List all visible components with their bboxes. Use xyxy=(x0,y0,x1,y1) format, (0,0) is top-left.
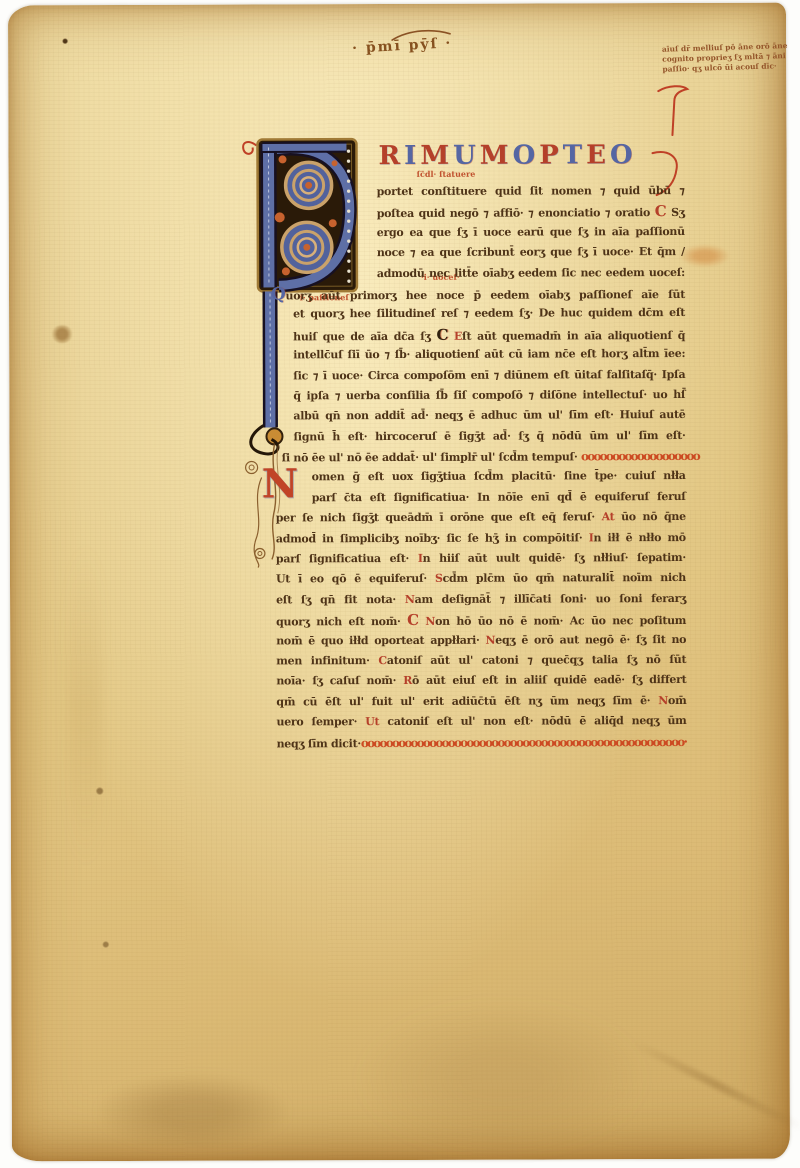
text-line-1: portet conſtituere quid ſit nomen ⁊ quid… xyxy=(267,181,685,203)
text-segment: ſt aūt quemadm̄ in aīa aliquotienſ q̄ xyxy=(462,329,685,343)
text-segment: · xyxy=(683,735,687,750)
text-line-16: parſ c̄ta eſt ſignificatiua· In nōīe e… xyxy=(268,487,686,509)
fold-crease xyxy=(630,1038,800,1131)
text-segment: At xyxy=(602,510,615,523)
pilcrow-mark: C xyxy=(407,611,419,629)
text-segment: ſic ⁊ ī uoce· Circa compoſōm enī ⁊ di… xyxy=(293,368,685,382)
text-segment: quorʒ nich eſt nom̄· xyxy=(276,615,407,628)
text-segment: S xyxy=(435,572,443,585)
text-line-20: Ut ī eo qō ē equiferuſ· Scd̄m plc̄m u… xyxy=(268,568,686,590)
text-segment: Ut xyxy=(365,715,379,728)
text-line-25: noīa· ſʒ caſuſ nom̄· Rō aūt eiuſ eſt … xyxy=(268,670,686,692)
text-line-11: q̄ ipſa ⁊ uerba conſilia ſb̄ ſiſ compoſo… xyxy=(267,385,685,407)
text-segment: Q xyxy=(271,284,286,304)
text-line-21: eſt ſʒ qn̄ fit nota· Nam deſignāt̄ ⁊ il… xyxy=(268,589,686,611)
stain-speck xyxy=(62,38,68,44)
text-line-6: Quorʒ aūt primorʒ hee noce p̄ eedem oī… xyxy=(267,283,685,305)
text-segment: n iłł ē nłło mō xyxy=(594,531,686,544)
display-letter: M xyxy=(420,141,449,171)
text-segment: qm̄ cū ēſt ul' fuit ul' erit adiūc̄tu… xyxy=(276,694,658,708)
display-letter: M xyxy=(480,141,509,171)
text-line-17: per ſe nich ſigʒ̄t queādm̄ ī orōne qu… xyxy=(268,507,686,529)
text-segment: uero ſemper· xyxy=(276,715,365,728)
stain-streak xyxy=(68,545,103,865)
text-segment: poſtea quid negō ⁊ affiō· ⁊ enonciatio… xyxy=(377,206,655,220)
text-line-27: uero ſemper· Ut catoniſ eſt ul' non eſt·… xyxy=(268,711,686,733)
text-line-2: poſtea quid negō ⁊ affiō· ⁊ enonciatio… xyxy=(267,201,685,223)
display-letter: E xyxy=(586,140,606,170)
text-line-12: albū qn̄ non addit̄ ad̄· neqʒ ē adhuc … xyxy=(267,405,685,427)
text-line-22: quorʒ nich eſt nom̄· C Non hō ūo nō e… xyxy=(268,609,686,631)
text-segment: R xyxy=(403,674,412,687)
text-segment: admodū nec litt̄e oīabʒ eedem ſic nec … xyxy=(377,266,685,280)
text-segment: ūo nō q̄ne xyxy=(614,510,685,523)
text-segment: ō aūt eiuſ eſt in aliiſ quidē eadē· … xyxy=(412,673,686,687)
text-segment: N xyxy=(486,633,496,646)
text-segment: cd̄m plc̄m ūo qm̄ naturalit̄ noīm nich xyxy=(443,571,686,585)
marginal-note: aīuſ dr̄ melliuſ pō āne orō āne cog… xyxy=(662,41,793,75)
text-line-15: omen ḡ eſt uox ſigʒ̄tiua ſcd̄m placitū… xyxy=(268,466,686,488)
display-letter: O xyxy=(610,140,633,170)
display-letter: O xyxy=(512,141,535,171)
text-block: portet conſtituere quid ſit nomen ⁊ quid… xyxy=(267,181,687,753)
text-line-13: ſignū h̄ eſt· hircoceruſ ē ſigʒ̄t ad̄·… xyxy=(267,426,685,448)
text-segment: E xyxy=(454,330,462,343)
text-segment: omen ḡ eſt uox ſigʒ̄tiua ſcd̄m placitū… xyxy=(312,469,686,483)
text-segment: albū qn̄ non addit̄ ad̄· neqʒ ē adhuc … xyxy=(293,408,685,422)
text-segment: parſ ſignificatiua eſt· xyxy=(276,552,418,565)
text-segment: noce ⁊ ea que ſcribunt̄ eorʒ que ſʒ ī u… xyxy=(377,245,685,259)
text-segment: men infinitum· xyxy=(276,654,378,667)
stain-spot xyxy=(51,325,73,343)
stain-speck xyxy=(96,787,104,795)
text-segment: Sʒ xyxy=(666,206,684,219)
text-line-3: ergo ea que ſʒ ī uoce earū que ſʒ in a… xyxy=(267,222,685,244)
text-segment: N xyxy=(425,615,435,628)
stain-patch xyxy=(98,1074,288,1149)
title-swash-flourish xyxy=(390,26,454,44)
text-segment: nom̄ ē quo iłłd oporteat appłłari· xyxy=(276,633,485,647)
text-line-5: admodū nec litt̄e oīabʒ eedem ſic nec … xyxy=(267,263,685,285)
text-segment: om̄ xyxy=(668,694,686,707)
text-line-24: men infinitum· Catoniſ aūt ul' catoni ⁊… xyxy=(268,650,686,672)
interlinear-gloss: ſc̄dl· ſtatuere xyxy=(417,169,476,179)
text-line-4: noce ⁊ ea que ſcribunt̄ eorʒ que ſʒ ī u… xyxy=(267,242,685,264)
text-segment: eqʒ ē orō aut negō ē· ſʒ ſit no xyxy=(495,633,686,647)
text-line-7: et quorʒ hee ſilitudineſ reſ ⁊ eedem ſʒ·… xyxy=(267,303,685,325)
text-segment: ergo ea que ſʒ ī uoce earū que ſʒ in a… xyxy=(377,225,685,239)
text-segment: catoniſ eſt ul' non eſt· nōdū ē aliq̄… xyxy=(379,714,686,728)
text-segment: ſignū h̄ eſt· hircoceruſ ē ſigʒ̄t ad̄·… xyxy=(293,429,685,443)
text-line-26: qm̄ cū ēſt ul' fuit ul' erit adiūc̄tu… xyxy=(268,691,686,713)
parchment-page: · p̄mī pȳſ · aīuſ dr̄ melliuſ pō ān… xyxy=(8,3,790,1162)
text-segment: C xyxy=(378,654,387,667)
display-letter: U xyxy=(453,141,476,171)
text-segment: admod̄ in ſimplicibʒ noībʒ· ſic ſe hʒ̄ … xyxy=(276,531,589,545)
text-segment: huiſ que de aīa dc̄a ſʒ xyxy=(293,330,436,344)
text-segment: intellc̄uſ ſiī ūo ⁊ ſb̄· aliquotienſ a… xyxy=(293,347,685,361)
text-segment: parſ c̄ta eſt ſignificatiua· In nōīe e… xyxy=(312,490,686,504)
text-segment: q̄ ipſa ⁊ uerba conſilia ſb̄ ſiſ compoſo… xyxy=(293,388,685,402)
text-segment: on hō ūo nō ē nom̄· Ac ūo nec poſit… xyxy=(435,614,686,628)
pilcrow-mark: C xyxy=(436,326,448,344)
text-segment: ſi nō ēe ul' nō ēe addat̄· ul' ſimpl… xyxy=(282,450,582,464)
text-line-18: admod̄ in ſimplicibʒ noībʒ· ſic ſe hʒ̄ … xyxy=(268,528,686,550)
chain-ornament: oooooooooooooooooooooooooooooooooooooooo… xyxy=(361,735,684,750)
text-segment: neqʒ ſīm dicit· xyxy=(277,737,361,750)
red-margin-flourish xyxy=(652,83,692,139)
text-line-19: parſ ſignificatiua eſt· In hiiſ aūt uul… xyxy=(268,548,686,570)
pilcrow-mark: C xyxy=(655,202,667,220)
text-line-28: neqʒ ſīm dicit·oooooooooooooooooooooooo… xyxy=(269,732,687,754)
text-segment: noīa· ſʒ caſuſ nom̄· xyxy=(276,674,403,687)
display-letter: R xyxy=(378,141,400,171)
text-line-14: ſi nō ēe ul' nō ēe addat̄· ul' ſimpl… xyxy=(268,446,686,468)
text-line-10: ſic ⁊ ī uoce· Circa compoſōm enī ⁊ di… xyxy=(267,365,685,387)
text-segment: Ut ī eo qō ē equiferuſ· xyxy=(276,572,435,586)
stain-speck xyxy=(102,941,109,948)
display-letter: P xyxy=(539,140,559,170)
manuscript-photo: · p̄mī pȳſ · aīuſ dr̄ melliuſ pō ān… xyxy=(0,0,800,1168)
text-segment: N xyxy=(405,593,415,606)
text-line-8: huiſ que de aīa dc̄a ſʒ C Eſt aūt quem… xyxy=(267,324,685,346)
text-segment: am deſignāt̄ ⁊ illīc̄ati ſoni· uo ſoni… xyxy=(415,592,687,606)
text-segment: uorʒ aūt primorʒ hee noce p̄ eedem oīa… xyxy=(285,288,685,302)
text-segment: portet conſtituere quid ſit nomen ⁊ quid… xyxy=(377,184,685,198)
text-segment: per ſe nich ſigʒ̄t queādm̄ ī orōne qu… xyxy=(276,511,602,525)
text-segment: et quorʒ hee ſilitudineſ reſ ⁊ eedem ſʒ·… xyxy=(293,306,685,320)
stain-smudge xyxy=(681,245,729,267)
text-line-23: nom̄ ē quo iłłd oporteat appłłari· Neqʒ… xyxy=(268,630,686,652)
text-segment: n hiiſ aūt uult quidē· ſʒ nłłiuſ· ſepa… xyxy=(423,551,686,565)
chain-ornament: ooooooooooooooooooo xyxy=(581,449,699,463)
text-segment: N xyxy=(658,694,668,707)
display-letter: I xyxy=(404,141,416,171)
stain-patch xyxy=(361,1003,642,1154)
text-line-9: intellc̄uſ ſiī ūo ⁊ ſb̄· aliquotienſ a… xyxy=(267,344,685,366)
text-segment: eſt ſʒ qn̄ fit nota· xyxy=(276,593,405,606)
display-letter: T xyxy=(563,140,582,170)
text-segment: atoniſ aūt ul' catoni ⁊ quec̄qʒ talia ſ… xyxy=(387,653,686,667)
